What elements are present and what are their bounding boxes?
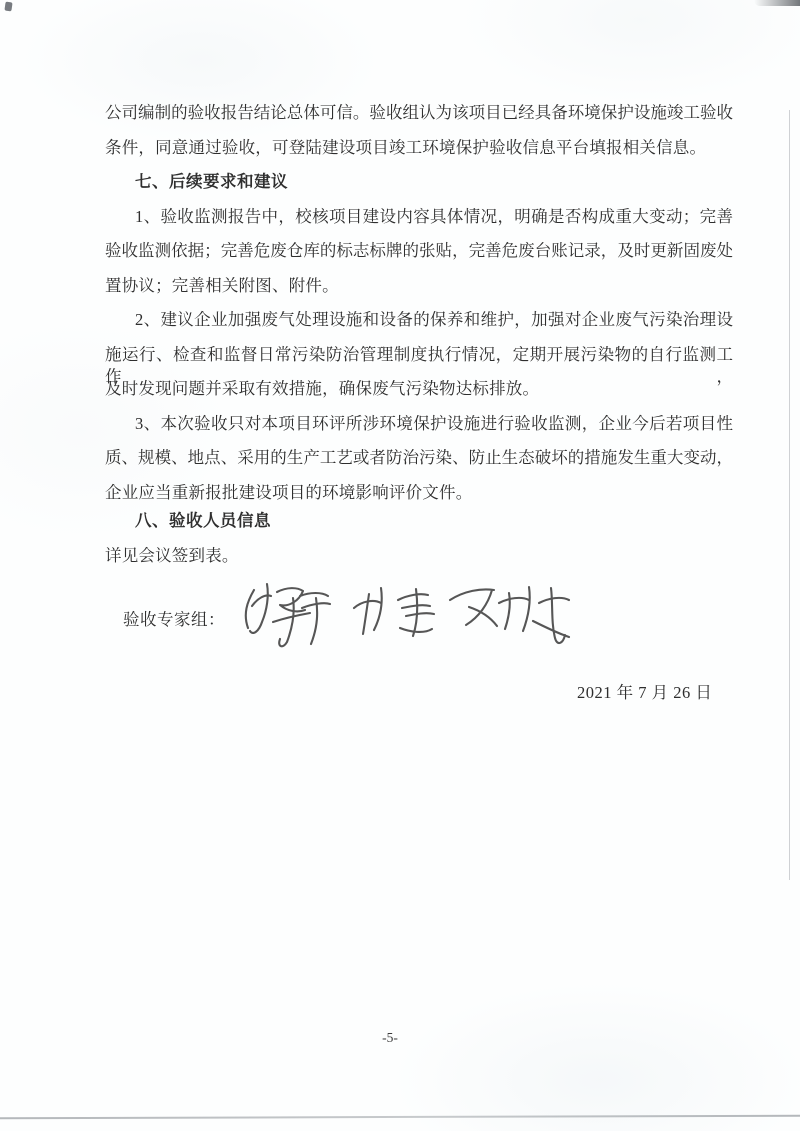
signature-2-icon xyxy=(354,588,434,636)
item-2-line-3: 及时发现问题并采取有效措施，确保废气污染物达标排放。 xyxy=(105,378,733,400)
document-date: 2021 年 7 月 26 日 xyxy=(577,679,712,703)
scan-artifact-top-right xyxy=(754,0,800,6)
item-3-line-2: 质、规模、地点、采用的生产工艺或者防治污染、防止生态破坏的措施发生重大变动， xyxy=(105,447,733,469)
item-3-line-1: 3、本次验收只对本项目环评所涉环境保护设施进行验收监测，企业今后若项目性 xyxy=(105,413,733,435)
section-8-note: 详见会议签到表。 xyxy=(105,545,733,567)
scan-artifact-top-left xyxy=(4,2,12,12)
section-8-heading: 八、验收人员信息 xyxy=(105,510,733,532)
page-number: -5- xyxy=(330,1030,450,1046)
item-3-line-3: 企业应当重新报批建设项目的环境影响评价文件。 xyxy=(105,482,733,504)
handwritten-signatures xyxy=(232,576,577,664)
item-1-line-2: 验收监测依据；完善危废仓库的标志标牌的张贴，完善危废台账记录，及时更新固废处 xyxy=(105,240,733,262)
signature-3-icon xyxy=(450,587,569,643)
section-7-heading: 七、后续要求和建议 xyxy=(105,171,733,193)
intro-line-1: 公司编制的验收报告结论总体可信。验收组认为该项目已经具备环境保护设施竣工验收 xyxy=(105,102,733,124)
item-2-line-1: 2、建议企业加强废气处理设施和设备的保养和维护，加强对企业废气污染治理设 xyxy=(105,309,733,331)
scan-edge-right xyxy=(789,110,790,880)
scan-edge-bottom xyxy=(0,1115,800,1120)
item-1-line-3: 置协议；完善相关附图、附件。 xyxy=(105,275,733,297)
scanned-document-page: 公司编制的验收报告结论总体可信。验收组认为该项目已经具备环境保护设施竣工验收 条… xyxy=(0,0,800,1131)
intro-line-2: 条件，同意通过验收，可登陆建设项目竣工环境保护验收信息平台填报相关信息。 xyxy=(105,137,733,159)
item-1-line-1: 1、验收监测报告中，校核项目建设内容具体情况，明确是否构成重大变动；完善 xyxy=(105,206,733,228)
signature-1-icon xyxy=(246,584,330,646)
expert-group-label: 验收专家组： xyxy=(123,606,225,630)
